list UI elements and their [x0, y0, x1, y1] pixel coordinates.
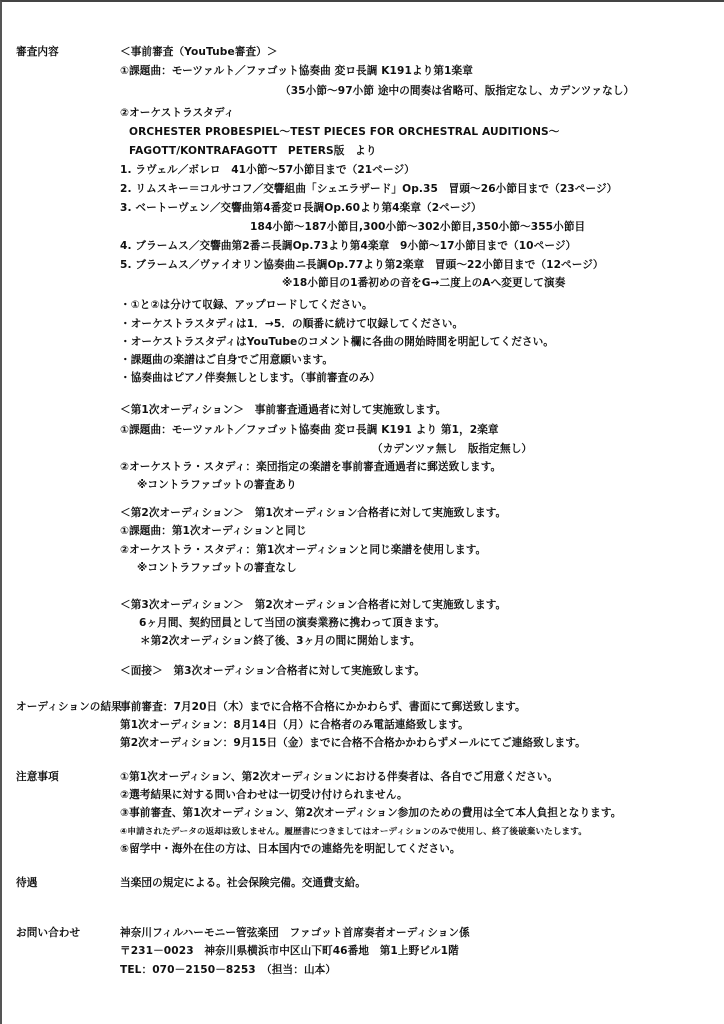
round1-item-1: ①課題曲：モーツァルト／ファゴット協奏曲 変ロ長調 K191 より 第1，2楽章 — [120, 423, 499, 437]
round1-heading: ＜第1次オーディション＞ 事前審査通過者に対して実施致します。 — [120, 403, 446, 417]
treatment-text: 当楽団の規定による。社会保険完備。交通費支給。 — [120, 876, 366, 890]
prelim-note-1: ・①と②は分けて収録、アップロードしてください。 — [120, 298, 373, 312]
round3-line-2: ＊第2次オーディション終了後、3ヶ月の間に開始します。 — [140, 634, 420, 648]
notice-2: ②選考結果に対する問い合わせは一切受け付けられません。 — [120, 788, 408, 802]
piece-3-bars: 184小節～187小節目,300小節～302小節目,350小節～355小節目 — [250, 220, 585, 234]
piece-3: 3. ベートーヴェン／交響曲第4番変ロ長調Op.60より第4楽章（2ページ） — [120, 201, 482, 215]
round3-heading: ＜第3次オーディション＞ 第2次オーディション合格者に対して実施致します。 — [120, 598, 506, 612]
source-line-2: FAGOTT/KONTRAFAGOTT PETERS版 より — [129, 144, 377, 158]
prelim-item-2: ②オーケストラスタディ — [120, 106, 234, 120]
prelim-item-1-note: （35小節～97小節 途中の間奏は省略可、版指定なし、カデンツァなし） — [280, 84, 634, 98]
round2-item-1: ①課題曲：第1次オーディションと同じ — [120, 524, 307, 538]
round2-item-2: ②オーケストラ・スタディ：第1次オーディションと同じ楽譜を使用します。 — [120, 543, 486, 557]
results-line-1: 事前審査：7月20日（木）までに合格不合格にかかわらず、書面にて郵送致します。 — [120, 700, 526, 714]
document-page: 審査内容 ＜事前審査（YouTube審査）＞ ①課題曲：モーツァルト／ファゴット… — [0, 0, 724, 1024]
prelim-heading: ＜事前審査（YouTube審査）＞ — [120, 45, 278, 59]
round3-line-1: 6ヶ月間、契約団員として当団の演奏業務に携わって頂きます。 — [139, 616, 445, 630]
section-label-treatment: 待遇 — [16, 876, 37, 890]
notice-3: ③事前審査、第1次オーディション、第2次オーディション参加のための費用は全て本人… — [120, 806, 621, 820]
round2-heading: ＜第2次オーディション＞ 第1次オーディション合格者に対して実施致します。 — [120, 506, 506, 520]
notice-4: ④申請されたデータの返却は致しません。履歴書につきましてはオーディションのみで使… — [120, 825, 587, 839]
contact-phone: TEL：070－2150－8253 （担当：山本） — [120, 963, 336, 977]
round1-item-2-note: ※コントラファゴットの審査あり — [137, 478, 297, 492]
interview-heading: ＜面接＞ 第3次オーディション合格者に対して実施致します。 — [120, 664, 425, 678]
results-line-2: 第1次オーディション：8月14日（月）に合格者のみ電話連絡致します。 — [120, 718, 469, 732]
notice-1: ①第1次オーディション、第2次オーディションにおける伴奏者は、各自でご用意くださ… — [120, 770, 558, 784]
prelim-note-5: ・協奏曲はピアノ伴奏無しとします。（事前審査のみ） — [120, 371, 380, 385]
round1-item-1-note: （カデンツァ無し 版指定無し） — [372, 442, 532, 456]
contact-address: 〒231－0023 神奈川県横浜市中区山下町46番地 第1上野ビル1階 — [120, 944, 459, 958]
prelim-note-3: ・オーケストラスタディはYouTubeのコメント欄に各曲の開始時間を明記してくだ… — [120, 335, 554, 349]
prelim-note-2: ・オーケストラスタディは1．→5．の順番に続けて収録してください。 — [120, 317, 463, 331]
contact-org: 神奈川フィルハーモニー管弦楽団 ファゴット首席奏者オーディション係 — [120, 926, 470, 940]
piece-5-note: ※18小節目の1番初めの音をG→二度上のAへ変更して演奏 — [282, 276, 565, 290]
piece-1: 1. ラヴェル／ボレロ 41小節～57小節目まで（21ページ） — [120, 163, 415, 177]
section-label-results: オーディションの結果 — [16, 700, 122, 714]
round2-item-2-note: ※コントラファゴットの審査なし — [137, 561, 297, 575]
round1-item-2: ②オーケストラ・スタディ：楽団指定の楽譜を事前審査通過者に郵送致します。 — [120, 460, 501, 474]
source-line-1: ORCHESTER PROBESPIEL～TEST PIECES FOR ORC… — [129, 125, 559, 139]
piece-4: 4. ブラームス／交響曲第2番ニ長調Op.73より第4楽章 9小節～17小節目ま… — [120, 239, 576, 253]
prelim-note-4: ・課題曲の楽譜はご自身でご用意願います。 — [120, 353, 333, 367]
section-label-review: 審査内容 — [16, 45, 59, 59]
piece-2: 2. リムスキー＝コルサコフ／交響組曲「シェエラザード」Op.35 冒頭～26小… — [120, 182, 617, 196]
notice-5: ⑤留学中・海外在住の方は、日本国内での連絡先を明記してください。 — [120, 842, 461, 856]
section-label-notices: 注意事項 — [16, 770, 59, 784]
piece-5: 5. ブラームス／ヴァイオリン協奏曲ニ長調Op.77より第2楽章 冒頭～22小節… — [120, 258, 604, 272]
results-line-3: 第2次オーディション：9月15日（金）までに合格不合格かかわらずメールにてご連絡… — [120, 736, 586, 750]
section-label-contact: お問い合わせ — [16, 926, 80, 940]
prelim-item-1: ①課題曲：モーツァルト／ファゴット協奏曲 変ロ長調 K191より第1楽章 — [120, 64, 473, 78]
